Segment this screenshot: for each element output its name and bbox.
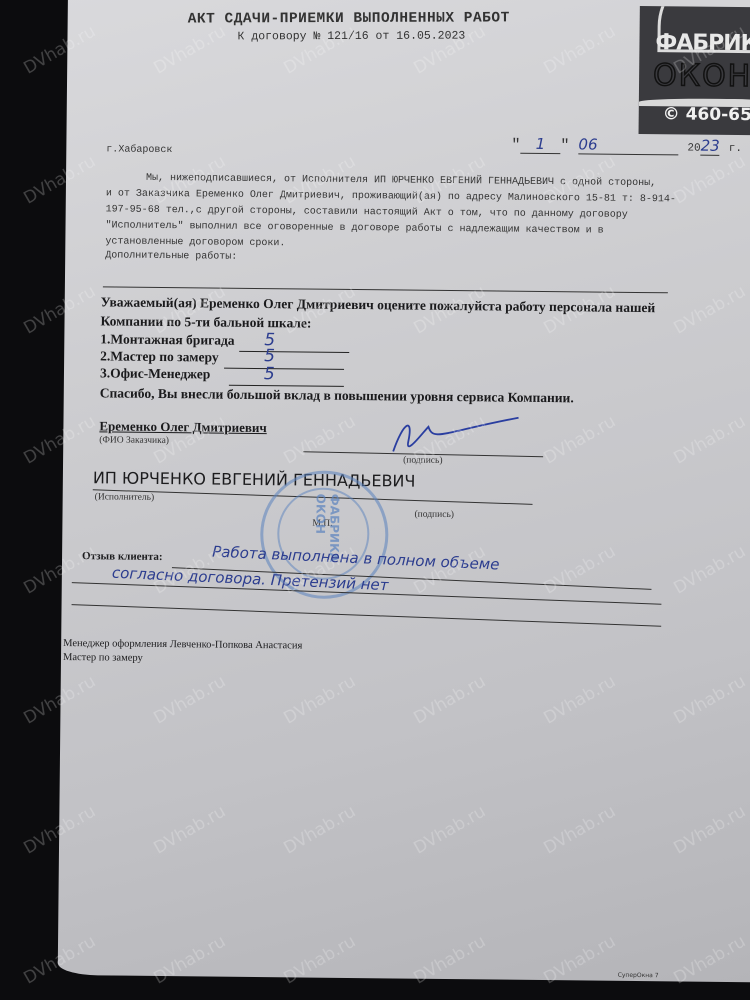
contract-reference: К договору № 121/16 от 16.05.2023 — [238, 30, 466, 44]
date-quote: " — [560, 137, 569, 154]
logo-phone: © 460-655 — [663, 104, 750, 125]
date-month: 06 — [578, 135, 678, 155]
document-page: АКТ СДАЧИ-ПРИЕМКИ ВЫПОЛНЕННЫХ РАБОТ К до… — [58, 0, 750, 982]
rating-label: 2.Мастер по замеру — [100, 348, 219, 365]
date-day: 1 — [520, 135, 560, 154]
logo-brand-bottom: ОКОН — [653, 58, 750, 94]
divider — [103, 286, 668, 293]
contractor-label: (Исполнитель) — [95, 492, 155, 503]
city: г.Хабаровск — [106, 144, 172, 156]
date-year-prefix: 20 — [687, 142, 700, 154]
feedback-label: Отзыв клиента: — [82, 550, 163, 563]
act-date: "1" 06 2023 г. — [511, 135, 742, 156]
survey-intro: Уважаемый(ая) Еременко Олег Дмитриевич о… — [101, 294, 656, 316]
company-logo: ФАБРИКА ОКОН © 460-655 — [639, 6, 750, 136]
rating-label: 3.Офис-Менеджер — [100, 365, 210, 382]
rating-value: 5 — [264, 364, 275, 384]
additional-works-label: Дополнительные работы: — [105, 248, 237, 265]
customer-name: Еременко Олег Дмитриевич — [99, 418, 267, 436]
document-title: АКТ СДАЧИ-ПРИЕМКИ ВЫПОЛНЕННЫХ РАБОТ — [188, 10, 510, 27]
manager-line: Менеджер оформления Левченко-Попкова Ана… — [63, 638, 302, 652]
rating-label: 1.Монтажная бригада — [100, 331, 234, 348]
rating-line — [224, 368, 344, 370]
footer-code: СуперОкна 7 — [618, 972, 659, 979]
feedback-line — [72, 604, 662, 627]
signature-label: (подпись) — [403, 456, 443, 466]
measurer-line: Мастер по замеру — [63, 652, 143, 664]
date-quote: " — [511, 137, 520, 154]
logo-brand-top: ФАБРИКА — [655, 30, 750, 56]
rating-line — [239, 351, 349, 353]
customer-name-label: (ФИО Заказчика) — [99, 435, 169, 446]
date-year-tail: г. — [729, 143, 742, 155]
survey-thanks: Спасибо, Вы внесли большой вклад в повыш… — [100, 385, 574, 406]
date-year-suffix: 23 — [701, 137, 720, 156]
customer-signature-icon — [383, 411, 523, 460]
survey-intro-2: Компании по 5-ти бальной шкале: — [100, 313, 311, 331]
signature-label: (подпись) — [414, 510, 454, 520]
